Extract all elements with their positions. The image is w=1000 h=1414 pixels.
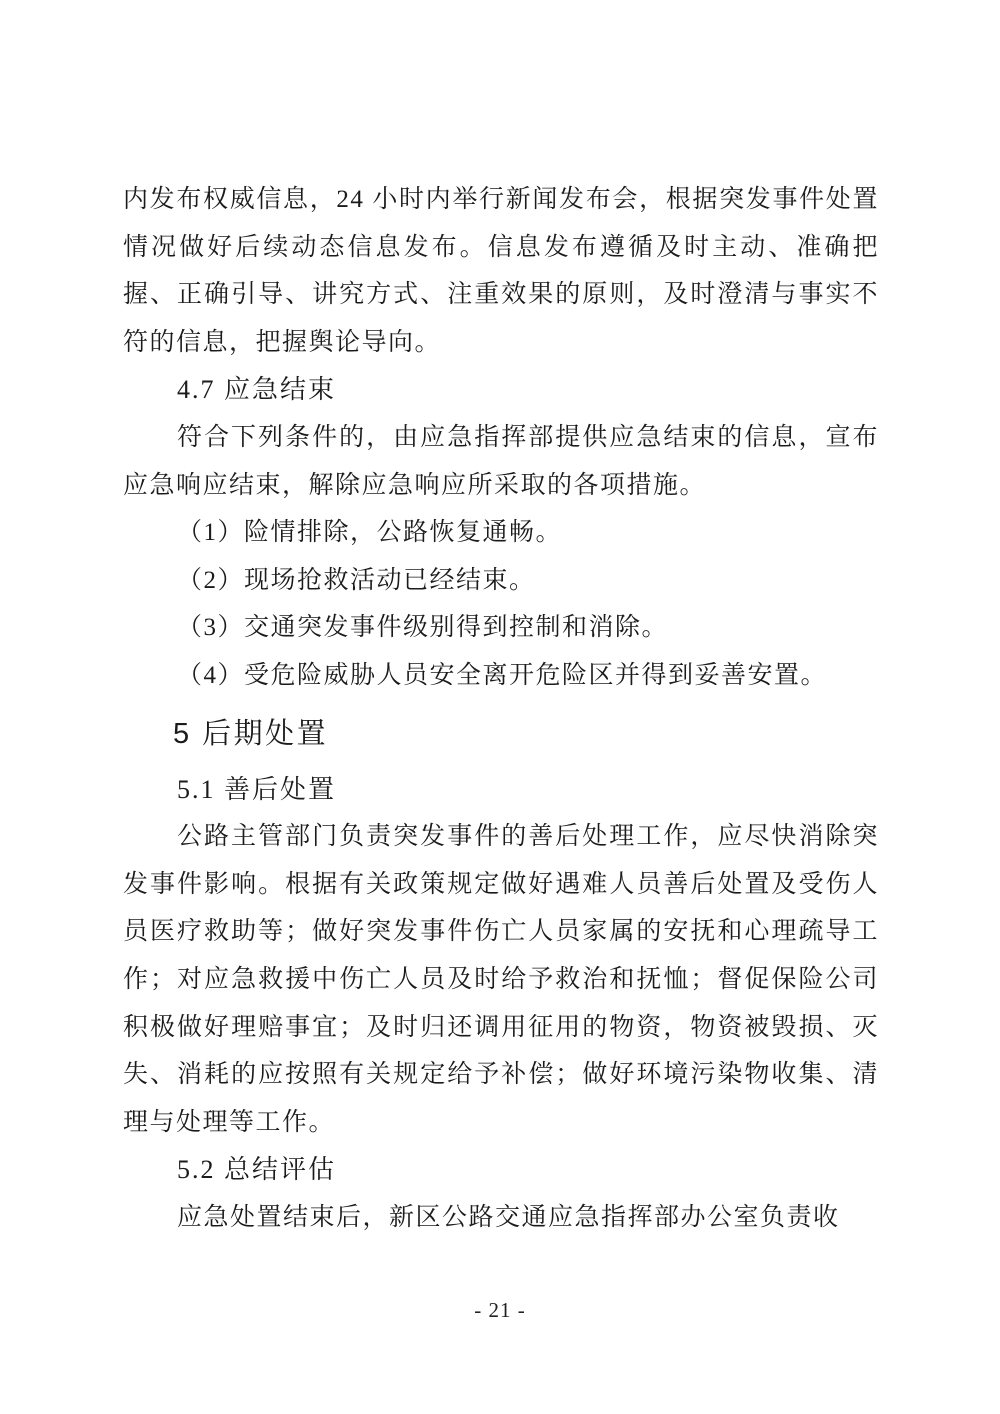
list-item-3: （3）交通突发事件级别得到控制和消除。: [123, 604, 879, 652]
section-heading-5-2: 5.2 总结评估: [123, 1146, 879, 1194]
section-heading-5-1: 5.1 善后处置: [123, 766, 879, 814]
list-item-4: （4）受危险威胁人员安全离开危险区并得到妥善安置。: [123, 652, 879, 700]
paragraph-emergency-end-conditions: 符合下列条件的，由应急指挥部提供应急结束的信息，宣布应急响应结束，解除应急响应所…: [123, 414, 879, 509]
document-page: 内发布权威信息，24 小时内举行新闻发布会，根据突发事件处置情况做好后续动态信息…: [0, 0, 1000, 1414]
list-item-1: （1）险情排除，公路恢复通畅。: [123, 509, 879, 557]
list-item-2: （2）现场抢救活动已经结束。: [123, 557, 879, 605]
paragraph-info-release: 内发布权威信息，24 小时内举行新闻发布会，根据突发事件处置情况做好后续动态信息…: [123, 176, 879, 366]
page-number: - 21 -: [0, 1298, 1000, 1323]
paragraph-aftermath-handling: 公路主管部门负责突发事件的善后处理工作，应尽快消除突发事件影响。根据有关政策规定…: [123, 813, 879, 1146]
section-heading-4-7: 4.7 应急结束: [123, 366, 879, 414]
document-body: 内发布权威信息，24 小时内举行新闻发布会，根据突发事件处置情况做好后续动态信息…: [123, 176, 879, 1241]
paragraph-summary-evaluation: 应急处置结束后，新区公路交通应急指挥部办公室负责收: [123, 1194, 879, 1242]
chapter-heading-5: 5 后期处置: [123, 710, 879, 758]
